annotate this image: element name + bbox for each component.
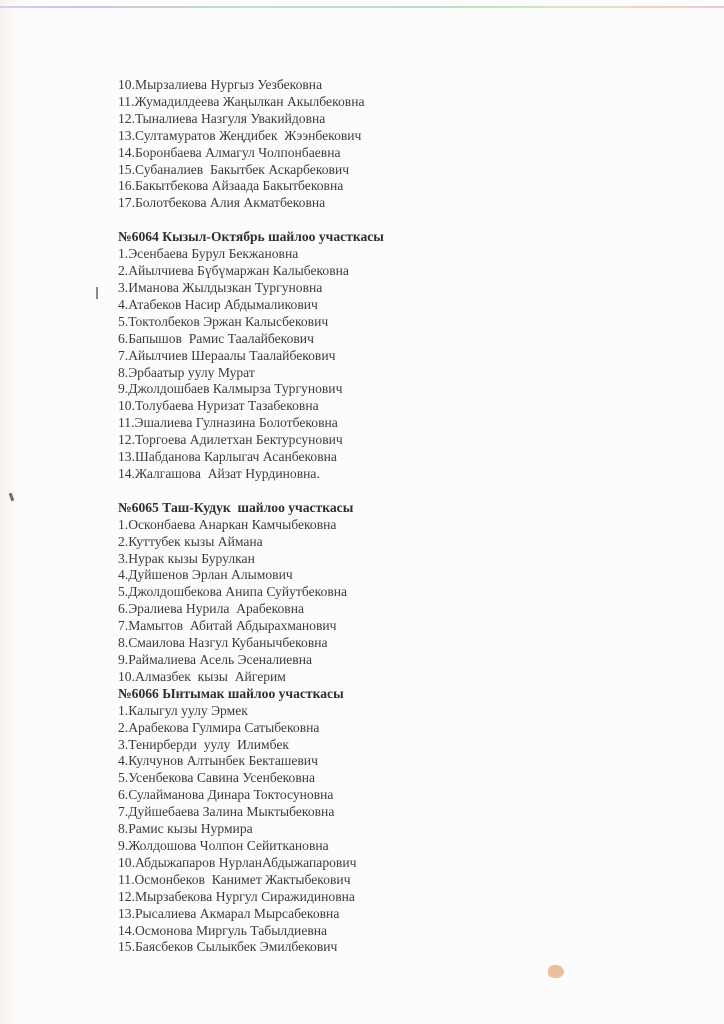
section-title: №6064 Кызыл-Октябрь шайлоо участкасы	[118, 229, 518, 246]
list-item: 1.Осконбаева Анаркан Камчыбековна	[118, 517, 518, 534]
list-item: 11.Эшалиева Гулназина Болотбековна	[118, 415, 518, 432]
list-item: 13.Султамуратов Жеңдибек Жээнбекович	[118, 128, 518, 145]
continuation-list: 10.Мырзалиева Нургыз Уезбековна 11.Жумад…	[118, 77, 518, 212]
list-item: 12.Торгоева Адилетхан Бектурсунович	[118, 432, 518, 449]
list-item: 15.Субаналиев Бакытбек Аскарбекович	[118, 162, 518, 179]
list-item: 1.Калыгул уулу Эрмек	[118, 703, 518, 720]
list-item: 13.Шабданова Карлыгач Асанбековна	[118, 449, 518, 466]
list-item: 8.Рамис кызы Нурмира	[118, 821, 518, 838]
list-item: 10.Толубаева Нуризат Тазабековна	[118, 398, 518, 415]
list-item: 14.Жалгашова Айзат Нурдиновна.	[118, 466, 518, 483]
list-item: 11.Осмонбеков Канимет Жактыбекович	[118, 872, 518, 889]
list-item: 10.Мырзалиева Нургыз Уезбековна	[118, 77, 518, 94]
list-item: 3.Нурак кызы Бурулкан	[118, 551, 518, 568]
list-item: 2.Айылчиева Бүбүмаржан Калыбековна	[118, 263, 518, 280]
list-item: 11.Жумадилдеева Жаңылкан Акылбековна	[118, 94, 518, 111]
list-item: 10.Алмазбек кызы Айгерим	[118, 669, 518, 686]
list-item: 5.Токтолбеков Эржан Калысбекович	[118, 314, 518, 331]
list-item: 1.Эсенбаева Бурул Бекжановна	[118, 246, 518, 263]
spacer	[118, 212, 518, 229]
list-item: 6.Бапышов Рамис Таалайбекович	[118, 331, 518, 348]
list-item: 6.Сулайманова Динара Токтосуновна	[118, 787, 518, 804]
list-item: 14.Осмонова Миргуль Табылдиевна	[118, 923, 518, 940]
list-item: 10.Абдыжапаров НурланАбдыжапарович	[118, 855, 518, 872]
list-item: 12.Мырзабекова Нургул Сиражидиновна	[118, 889, 518, 906]
list-item: 7.Айылчиев Шераалы Таалайбекович	[118, 348, 518, 365]
list-item: 5.Джолдошбекова Анипа Суйутбековна	[118, 584, 518, 601]
list-item: 15.Баясбеков Сылыкбек Эмилбекович	[118, 939, 518, 956]
list-item: 2.Куттубек кызы Аймана	[118, 534, 518, 551]
scan-left-shadow	[0, 0, 22, 1024]
section-title: №6066 Ынтымак шайлоо участкасы	[118, 686, 518, 703]
list-item: 6.Эралиева Нурила Арабековна	[118, 601, 518, 618]
list-item: 4.Атабеков Насир Абдымаликович	[118, 297, 518, 314]
section-title: №6065 Таш-Кудук шайлоо участкасы	[118, 500, 518, 517]
list-item: 4.Дуйшенов Эрлан Алымович	[118, 567, 518, 584]
list-item: 17.Болотбекова Алия Акматбековна	[118, 195, 518, 212]
list-item: 3.Иманова Жылдызкан Тургуновна	[118, 280, 518, 297]
list-item: 5.Усенбекова Савина Усенбековна	[118, 770, 518, 787]
scan-top-edge-line	[0, 6, 724, 8]
section-6065: №6065 Таш-Кудук шайлоо участкасы 1.Оскон…	[118, 500, 518, 686]
list-item: 4.Кулчунов Алтынбек Бекташевич	[118, 753, 518, 770]
paper-stain	[548, 965, 564, 978]
list-item: 8.Эрбаатыр уулу Мурат	[118, 365, 518, 382]
document-page: 10.Мырзалиева Нургыз Уезбековна 11.Жумад…	[118, 77, 518, 956]
list-item: 9.Джолдошбаев Калмырза Тургунович	[118, 381, 518, 398]
list-item: 14.Боронбаева Алмагул Чолпонбаевна	[118, 145, 518, 162]
spacer	[118, 483, 518, 500]
list-item: 9.Жолдошова Чолпон Сейиткановна	[118, 838, 518, 855]
list-item: 3.Тенирберди уулу Илимбек	[118, 737, 518, 754]
section-6066: №6066 Ынтымак шайлоо участкасы 1.Калыгул…	[118, 686, 518, 957]
list-item: 2.Арабекова Гулмира Сатыбековна	[118, 720, 518, 737]
list-item: 16.Бакытбекова Айзаада Бакытбековна	[118, 178, 518, 195]
list-item: 7.Дуйшебаева Залина Мыктыбековна	[118, 804, 518, 821]
scan-mark	[96, 287, 98, 299]
list-item: 8.Смаилова Назгул Кубанычбековна	[118, 635, 518, 652]
list-item: 13.Рысалиева Акмарал Мырсабековна	[118, 906, 518, 923]
list-item: 12.Тыналиева Назгуля Увакийдовна	[118, 111, 518, 128]
section-6064: №6064 Кызыл-Октябрь шайлоо участкасы 1.Э…	[118, 229, 518, 483]
list-item: 7.Мамытов Абитай Абдырахманович	[118, 618, 518, 635]
list-item: 9.Раймалиева Асель Эсеналиевна	[118, 652, 518, 669]
